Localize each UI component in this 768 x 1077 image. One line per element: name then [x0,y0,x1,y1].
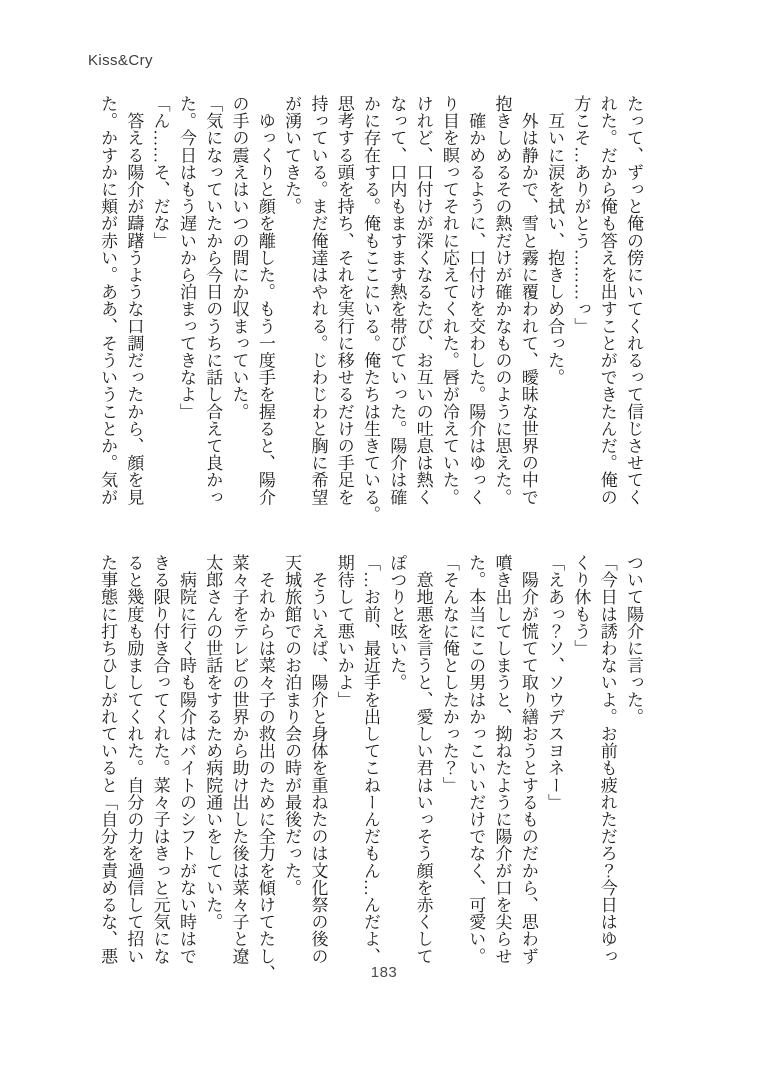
text-line: の手の震えはいつの間にか収まっていた。 [225,95,251,523]
text-line: 菜々子をテレビの世界から助け出した後は菜々子と遼 [225,554,251,982]
running-header-title: Kiss&Cry [88,52,153,69]
text-line: 方こそ…ありがとう………っ」 [567,95,593,523]
text-line: ゆっくりと顔を離した。もう一度手を握ると、陽介 [252,95,278,523]
text-line: 思考する頭を持ち、それを実行に移せるだけの手足を [330,95,356,523]
text-line: なって、口内もますます熱を帯びていった。陽介は確 [383,95,409,523]
page-number: 183 [0,964,768,981]
text-line: 病院に行く時も陽介はバイトのシフトがない時はで [173,554,199,982]
text-line: ぽつりと呟いた。 [383,554,409,982]
text-line: れた。だから俺も答えを出すことができたんだ。俺の [593,95,619,523]
text-line: かに存在する。俺もここにいる。俺たちは生きている。 [357,95,383,523]
text-line: 噴き出してしまうと、拗ねたように陽介が口を尖らせ [488,554,514,982]
lower-text-block: ついて陽介に言った。「今日は誘わないよ。お前も疲れただろ？今日はゆっくり休もう」… [94,554,646,982]
text-line: けれど、口付けが深くなるたび、お互いの吐息は熱く [409,95,435,523]
text-line: た。本当にこの男はかっこいいだけでなく、可愛い。 [462,554,488,982]
text-line: 「今日は誘わないよ。お前も疲れただろ？今日はゆっ [593,554,619,982]
upper-text-block: たって、ずっと俺の傍にいてくれるって信じさせてくれた。だから俺も答えを出すことが… [94,95,646,523]
text-line: 抱きしめるその熱だけが確かなもののように思えた。 [488,95,514,523]
text-line: きる限り付き合ってくれた。菜々子はきっと元気にな [146,554,172,982]
text-line: た。かすかに頬が赤い。ああ、そういうことか。気が [94,95,120,523]
text-line: 期待して悪いかよ」 [330,554,356,982]
text-line: 持っている。まだ俺達はやれる。じわじわと胸に希望 [304,95,330,523]
text-line: 陽介が慌てて取り繕おうとするものだから、思わず [515,554,541,982]
text-line: 互いに涙を拭い、抱きしめ合った。 [541,95,567,523]
text-line: 答える陽介が躊躇うような口調だったから、顔を見 [120,95,146,523]
text-line: たって、ずっと俺の傍にいてくれるって信じさせてく [620,95,646,523]
text-line: ついて陽介に言った。 [620,554,646,982]
text-line: 太郎さんの世話をするため病院通いをしていた。 [199,554,225,982]
text-line: 意地悪を言うと、愛しい君はいっそう顔を赤くして [409,554,435,982]
text-line: 「ん……そ、だな」 [146,95,172,523]
text-line: 「えあっ？ソ、ソウデスヨネー」 [541,554,567,982]
text-line: 「そんなに俺としたかった？」 [436,554,462,982]
text-line: り目を瞑ってそれに応えてくれた。唇が冷えていた。 [436,95,462,523]
book-page: Kiss&Cry たって、ずっと俺の傍にいてくれるって信じさせてくれた。だから俺… [0,0,768,1077]
text-line: そういえば、陽介と身体を重ねたのは文化祭の後の [304,554,330,982]
text-line: 外は静かで、雪と霧に覆われて、曖昧な世界の中で [515,95,541,523]
text-line: それからは菜々子の救出のために全力を傾けてたし、 [252,554,278,982]
text-line: た事態に打ちひしがれていると「自分を責めるな、悪 [94,554,120,982]
text-line: た。今日はもう遅いから泊まってきなよ」 [173,95,199,523]
text-line: 確かめるように、口付けを交わした。陽介はゆっく [462,95,488,523]
text-line: くり休もう」 [567,554,593,982]
text-line: が湧いてきた。 [278,95,304,523]
text-line: ると幾度も励ましてくれた。自分の力を過信して招い [120,554,146,982]
text-line: 天城旅館でのお泊まり会の時が最後だった。 [278,554,304,982]
text-line: 「気になっていたから今日のうちに話し合えて良かっ [199,95,225,523]
text-line: 「…お前、最近手を出してこねーんだもん…んだよ、 [357,554,383,982]
